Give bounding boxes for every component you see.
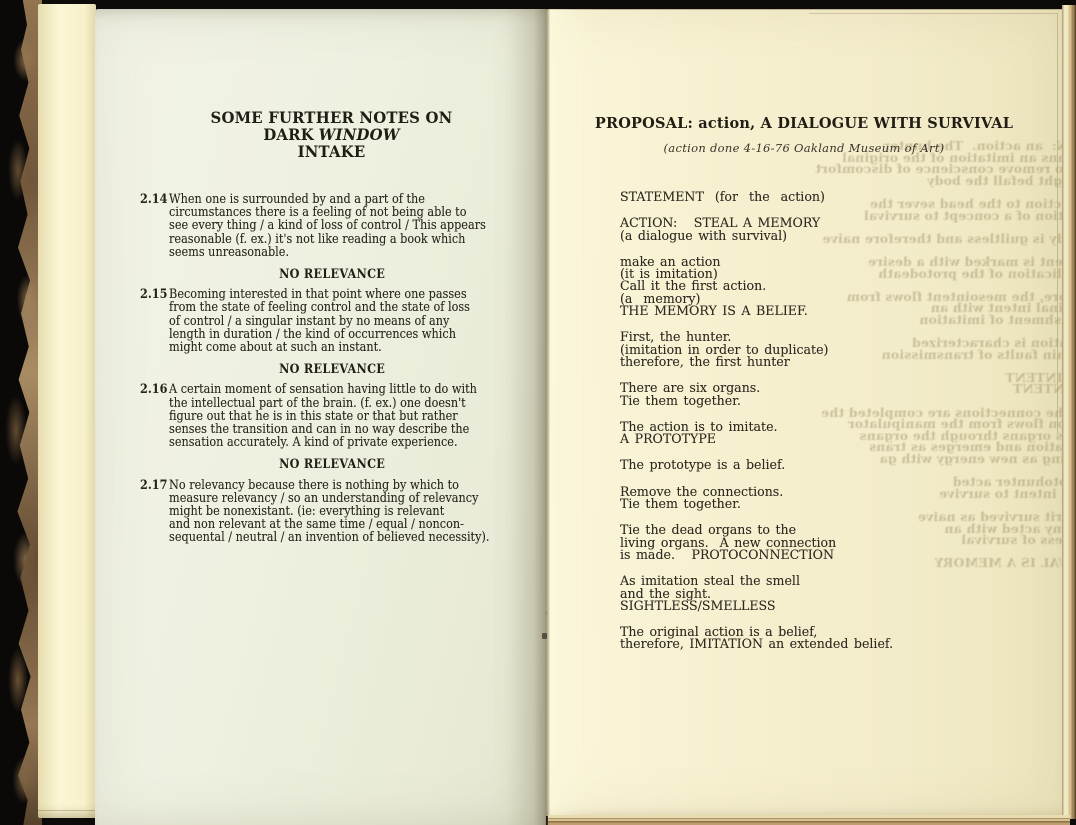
section-text: A certain moment of sensation having lit… — [169, 383, 477, 449]
stanza-prototype-belief: The prototype is a belief. — [620, 459, 1062, 471]
section-text: Becoming interested in that point where … — [169, 288, 470, 354]
stanza-extended-belief: The original action is a belief, therefo… — [620, 626, 1062, 651]
section-number: 2.15 — [140, 288, 169, 354]
no-relevance-heading: NO RELEVANCE — [140, 268, 524, 281]
section-text: No relevancy because there is nothing by… — [169, 479, 489, 545]
left-page-title: SOME FURTHER NOTES ON DARKWINDOW INTAKE — [148, 109, 516, 160]
left-page-body: 2.14 When one is surrounded by and a par… — [140, 193, 524, 545]
stanza-action: ACTION: STEAL A MEMORY (a dialogue with … — [620, 217, 1062, 242]
section-number: 2.16 — [140, 383, 169, 449]
left-title-line2: INTAKE — [148, 143, 516, 160]
left-title-line1: SOME FURTHER NOTES ON DARKWINDOW — [148, 109, 516, 143]
stanza-protoconnection: Tie the dead organs to the living organs… — [620, 524, 1062, 561]
right-page-edge-stack — [1062, 5, 1076, 819]
stanza-six-organs: There are six organs. Tie them together. — [620, 382, 1062, 407]
section-2-17: 2.17 No relevancy because there is nothi… — [140, 479, 524, 545]
bottom-page-edge-stack — [548, 815, 1070, 825]
open-book-scan: SOME FURTHER NOTES ON DARKWINDOW INTAKE … — [0, 0, 1076, 825]
section-2-14: 2.14 When one is surrounded by and a par… — [140, 193, 524, 259]
gutter-speck-small — [545, 611, 547, 615]
section-text: When one is surrounded by and a part of … — [169, 193, 486, 259]
section-2-16: 2.16 A certain moment of sensation havin… — [140, 383, 524, 449]
left-underpage-edge — [38, 4, 96, 818]
stanza-make-an-action: make an action (it is imitation) Call it… — [620, 256, 1062, 317]
section-2-15: 2.15 Becoming interested in that point w… — [140, 288, 524, 354]
left-page-content: SOME FURTHER NOTES ON DARKWINDOW INTAKE … — [140, 109, 523, 545]
right-page-body: STATEMENT (for the action) ACTION: STEAL… — [620, 191, 1062, 651]
no-relevance-heading: NO RELEVANCE — [140, 363, 524, 376]
stanza-first-hunter: First, the hunter. (imitation in order t… — [620, 331, 1062, 368]
section-number: 2.14 — [140, 193, 169, 259]
stanza-sightless-smelless: As imitation steal the smell and the sig… — [620, 575, 1062, 612]
gutter-speck — [542, 633, 547, 639]
stanza-remove-connections: Remove the connections. Tie them togethe… — [620, 486, 1062, 511]
right-page-subtitle: (action done 4-16-76 Oakland Museum of A… — [546, 141, 1062, 155]
stanza-statement: STATEMENT (for the action) — [620, 191, 1062, 203]
section-number: 2.17 — [140, 479, 169, 545]
right-page: ACTION: an action. The hunter six organs… — [546, 9, 1062, 816]
stanza-prototype: The action is to imitate. A PROTOTYPE — [620, 421, 1062, 446]
right-page-title: PROPOSAL: action, A DIALOGUE WITH SURVIV… — [546, 116, 1062, 132]
left-page: SOME FURTHER NOTES ON DARKWINDOW INTAKE … — [95, 9, 546, 825]
no-relevance-heading: NO RELEVANCE — [140, 458, 524, 471]
